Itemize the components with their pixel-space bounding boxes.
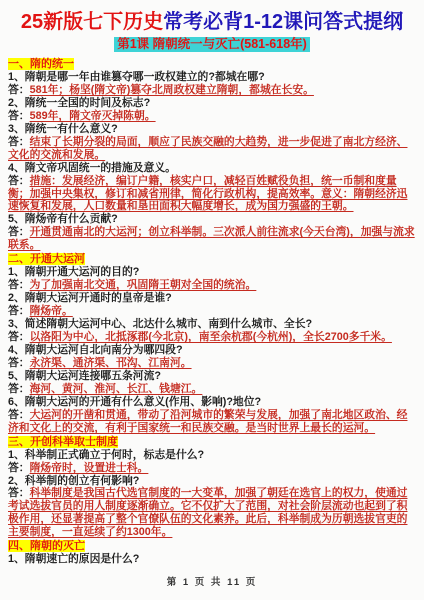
question: 6、隋朝大运河的开通有什么意义(作用、影响)?地位?	[8, 396, 416, 409]
answer-text: 结束了长期分裂的局面，顺应了民族交融的大趋势，进一步促进了南北方经济、文化的交流…	[8, 136, 407, 161]
answer: 答：589年，隋文帝灭掉陈朝。	[8, 110, 416, 123]
page-title-blue: 常考必背1-12课问答式提纲	[163, 11, 403, 33]
question: 2、隋统一全国的时间及标志?	[8, 97, 416, 110]
question: 1、科举制正式确立于何时，标志是什么?	[8, 449, 416, 462]
section-heading: 三、开创科举取士制度	[8, 436, 118, 448]
question: 4、隋文帝巩固统一的措施及意义。	[8, 162, 416, 175]
answer-text: 科举制度是我国古代选官制度的一大变革，加强了朝廷在选官上的权力，使通过考试选拔官…	[8, 487, 407, 538]
question: 5、隋炀帝有什么贡献?	[8, 213, 416, 226]
answer: 答：为了加强南北交通，巩固隋王朝对全国的统治。	[8, 279, 416, 292]
answer-prefix: 答：	[8, 409, 30, 421]
answer: 答：隋炀帝。	[8, 305, 416, 318]
answer-prefix: 答：	[8, 487, 30, 499]
answer-prefix: 答：	[8, 305, 30, 317]
section: 三、开创科举取士制度	[8, 435, 416, 449]
answer-text: 隋炀帝时，设置进士科。	[30, 462, 149, 474]
answer-prefix: 答：	[8, 383, 30, 395]
answer-text: 隋炀帝。	[30, 305, 73, 317]
answer-text: 大运河的开凿和贯通，带动了沿河城市的繁荣与发展，加强了南北地区政治、经济和文化上…	[8, 409, 407, 434]
answer-prefix: 答：	[8, 175, 30, 187]
answer: 答：措施：发展经济，编订户籍，核实户口，减轻百姓赋役负担，统一币制和度量衡；加强…	[8, 175, 416, 214]
answer-prefix: 答：	[8, 279, 30, 291]
answer-prefix: 答：	[8, 331, 30, 343]
answer-prefix: 答：	[8, 110, 30, 122]
page-title-red: 25新版七下历史	[21, 11, 163, 33]
question: 1、隋朝速亡的原因是什么?	[8, 553, 416, 566]
lesson-header-badge: 第1课 隋朝统一与灭亡(581-618年)	[114, 37, 310, 52]
answer-text: 为了加强南北交通，巩固隋王朝对全国的统治。	[30, 279, 257, 291]
answer-text: 措施：发展经济，编订户籍，核实户口，减轻百姓赋役负担，统一币制和度量衡；加强中央…	[8, 175, 407, 213]
section: 一、隋的统一	[8, 57, 416, 71]
question: 2、隋朝大运河开通时的皇帝是谁?	[8, 292, 416, 305]
answer: 答：大运河的开凿和贯通，带动了沿河城市的繁荣与发展，加强了南北地区政治、经济和文…	[8, 409, 416, 435]
answer-text: 589年，隋文帝灭掉陈朝。	[30, 110, 156, 122]
question: 1、隋朝开通大运河的目的?	[8, 266, 416, 279]
answer: 答：海河、黄河、淮河、长江、钱塘江。	[8, 383, 416, 396]
page-title: 25新版七下历史常考必背1-12课问答式提纲	[8, 0, 416, 34]
question: 4、隋朝大运河自北向南分为哪四段?	[8, 344, 416, 357]
answer-prefix: 答：	[8, 226, 30, 238]
answer-text: 永济渠、通济渠、邗沟、江南河。	[30, 357, 192, 369]
doc-page: 25新版七下历史常考必背1-12课问答式提纲 第1课 隋朝统一与灭亡(581-6…	[0, 0, 424, 600]
section-heading: 一、隋的统一	[8, 58, 74, 70]
answer-text: 开通贯通南北的大运河；创立科举制。三次派人前往流求(今天台湾)，加强与流求联系。	[8, 226, 415, 251]
answer-text: 以洛阳为中心，北抵涿郡(今北京)，南至余杭郡(今杭州)，全长2700多千米。	[30, 331, 392, 343]
answer: 答：隋炀帝时，设置进士科。	[8, 462, 416, 475]
section: 四、隋朝的灭亡	[8, 539, 416, 553]
answer-text: 581年；杨坚(隋文帝)篡夺北周政权建立隋朝，都城在长安。	[30, 84, 314, 96]
lesson-header: 第1课 隋朝统一与灭亡(581-618年)	[8, 35, 416, 53]
answer: 答：科举制度是我国古代选官制度的一大变革，加强了朝廷在选官上的权力，使通过考试选…	[8, 487, 416, 539]
question: 1、隋朝是哪一年由谁篡夺哪一政权建立的?都城在哪?	[8, 71, 416, 84]
answer-prefix: 答：	[8, 84, 30, 96]
question: 2、科举制的创立有何影响?	[8, 475, 416, 488]
question: 3、简述隋朝大运河中心、北达什么城市、南到什么城市、全长?	[8, 318, 416, 331]
answer-prefix: 答：	[8, 462, 30, 474]
answer: 答：永济渠、通济渠、邗沟、江南河。	[8, 357, 416, 370]
content-body: 一、隋的统一1、隋朝是哪一年由谁篡夺哪一政权建立的?都城在哪?答：581年；杨坚…	[8, 57, 416, 566]
answer-prefix: 答：	[8, 357, 30, 369]
answer-text: 海河、黄河、淮河、长江、钱塘江。	[30, 383, 203, 395]
page-footer: 第 1 页 共 11 页	[0, 574, 424, 588]
answer: 答：开通贯通南北的大运河；创立科举制。三次派人前往流求(今天台湾)，加强与流求联…	[8, 226, 416, 252]
section-heading: 四、隋朝的灭亡	[8, 540, 85, 552]
answer: 答：以洛阳为中心，北抵涿郡(今北京)，南至余杭郡(今杭州)，全长2700多千米。	[8, 331, 416, 344]
answer: 答：结束了长期分裂的局面，顺应了民族交融的大趋势，进一步促进了南北方经济、文化的…	[8, 136, 416, 162]
question: 3、隋统一有什么意义?	[8, 123, 416, 136]
section-heading: 二、开通大运河	[8, 253, 85, 265]
answer: 答：581年；杨坚(隋文帝)篡夺北周政权建立隋朝，都城在长安。	[8, 84, 416, 97]
question: 5、隋朝大运河连接哪五条河流?	[8, 370, 416, 383]
section: 二、开通大运河	[8, 252, 416, 266]
answer-prefix: 答：	[8, 136, 30, 148]
